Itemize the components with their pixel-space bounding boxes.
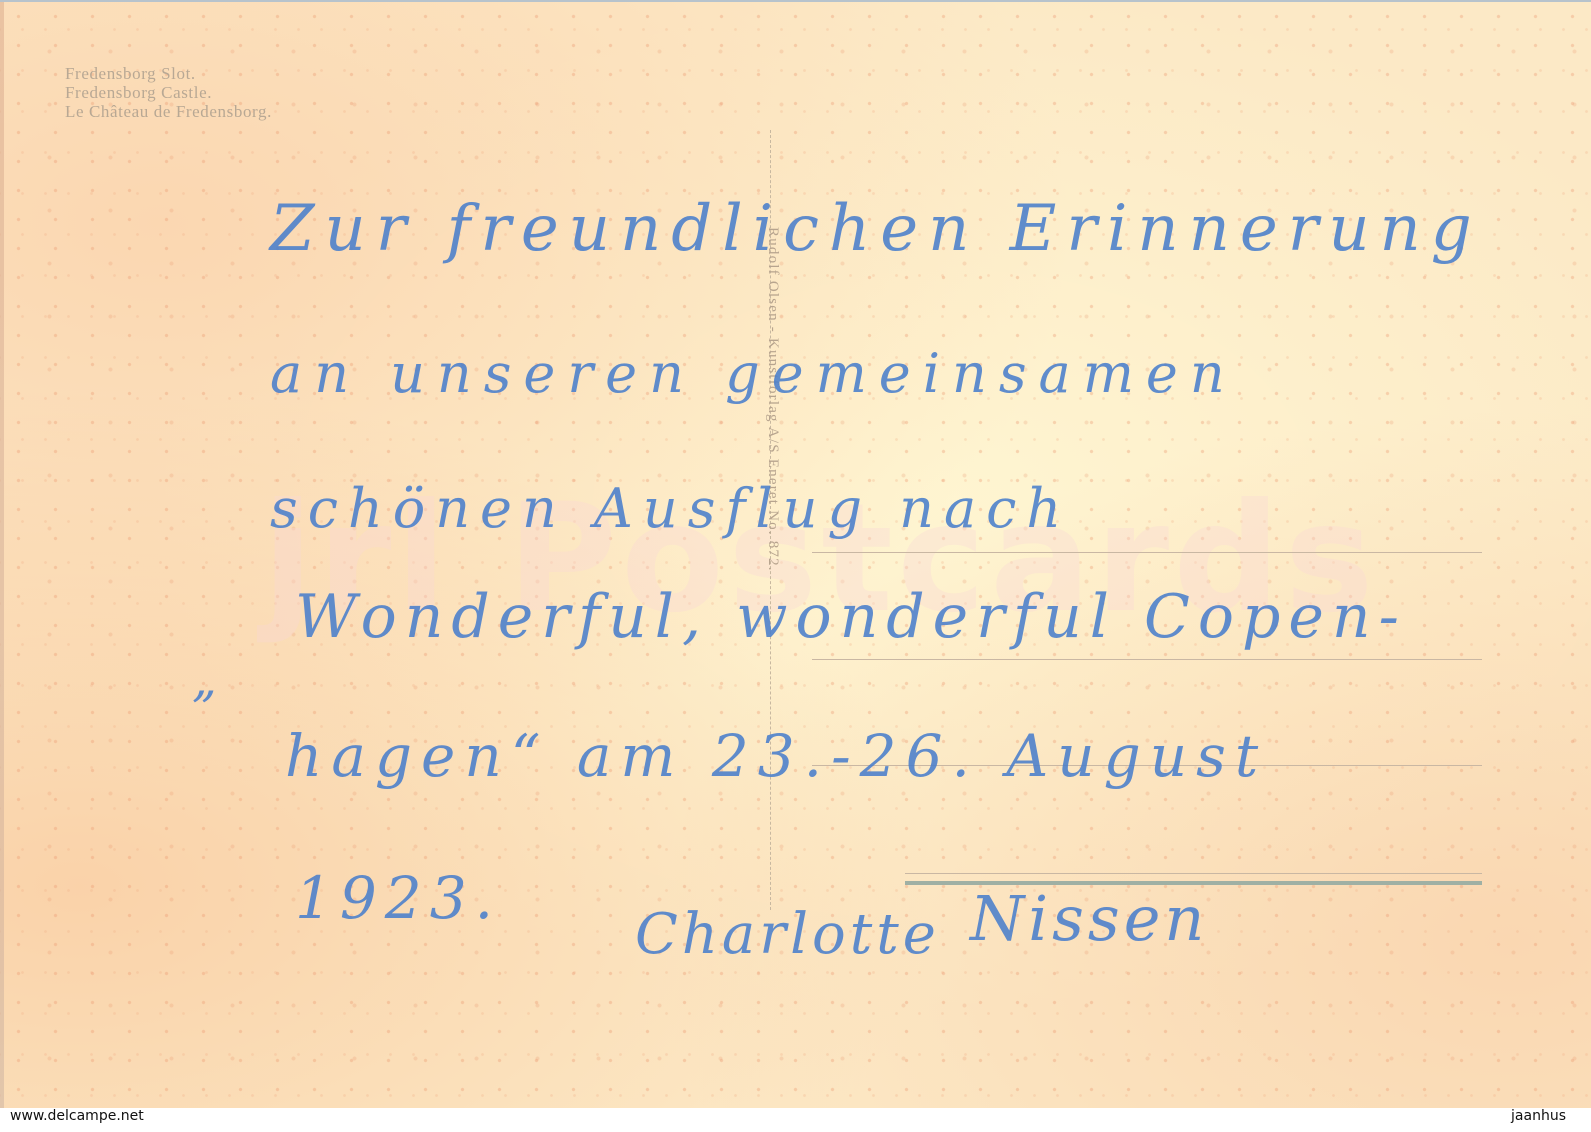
- handwriting-quote-mark: „: [192, 652, 217, 708]
- handwriting-line-5: hagen“ am 23.-26. August: [285, 722, 1267, 790]
- source-site-label: www.delcampe.net: [10, 1108, 144, 1124]
- handwriting-year: 1923.: [295, 864, 501, 932]
- signature-last-name: Nissen: [970, 882, 1208, 955]
- handwriting-line-3: schönen Ausflug nach: [270, 477, 1071, 540]
- postcard-back: jrl Postcards Fredensborg Slot. Fredensb…: [0, 0, 1591, 1108]
- signature-first-name: Charlotte: [635, 902, 940, 967]
- address-line-1: [812, 552, 1482, 553]
- card-edge: [0, 2, 4, 1110]
- image-footer: www.delcampe.net jaanhus: [0, 1108, 1591, 1132]
- address-line-2: [812, 659, 1482, 660]
- printed-caption: Fredensborg Slot. Fredensborg Castle. Le…: [65, 64, 272, 121]
- caption-danish: Fredensborg Slot.: [65, 64, 272, 83]
- address-line-4: [905, 873, 1482, 874]
- handwriting-line-1: Zur freundlichen Erinnerung: [270, 192, 1482, 266]
- seller-name-label: jaanhus: [1511, 1108, 1566, 1124]
- handwriting-line-2: an unseren gemeinsamen: [270, 342, 1237, 405]
- handwriting-line-4: Wonderful, wonderful Copen-: [295, 582, 1407, 652]
- caption-french: Le Château de Fredensborg.: [65, 102, 272, 121]
- caption-english: Fredensborg Castle.: [65, 83, 272, 102]
